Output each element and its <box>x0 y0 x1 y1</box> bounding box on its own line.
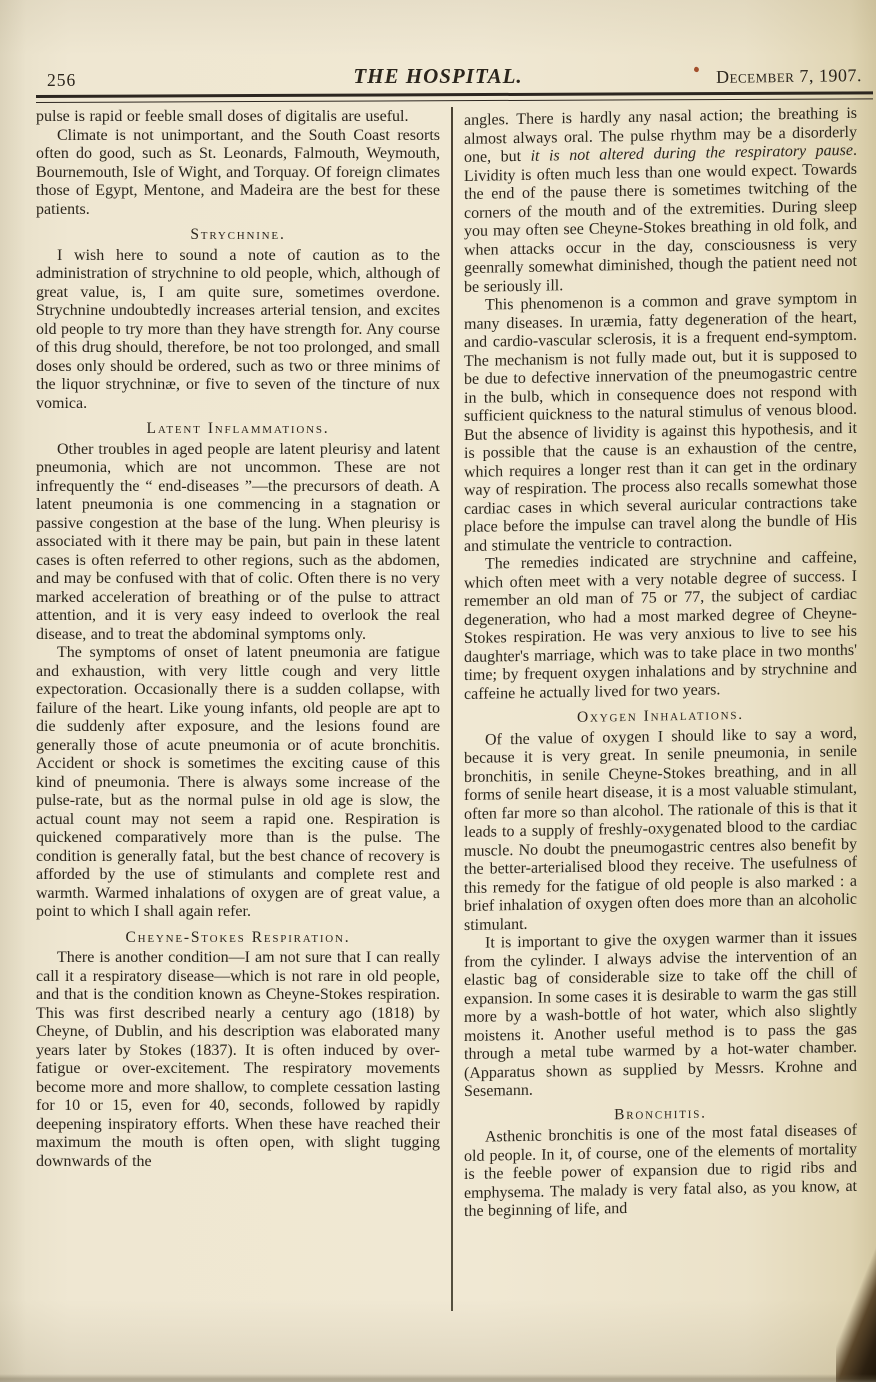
paragraph-asthenic-bronchitis: Asthenic bronchitis is one of the most f… <box>464 1122 857 1222</box>
section-heading-cheyne-stokes-respiration: Cheyne-Stokes Respiration. <box>36 929 440 948</box>
paragraph-remedies: The remedies indicated are strychnine an… <box>464 549 857 704</box>
scan-bottom-edge <box>0 1374 876 1382</box>
paragraph-digitalis: pulse is rapid or feeble small doses of … <box>36 108 440 127</box>
issue-date: December 7, 1907. <box>716 65 862 88</box>
page-corner-shadow <box>836 1247 876 1382</box>
paragraph-value-of-oxygen: Of the value of oxygen I should like to … <box>464 724 857 935</box>
paragraph-strychnine: I wish here to sound a note of caution a… <box>36 247 440 414</box>
section-heading-latent-inflammations: Latent Inflammations. <box>36 420 440 439</box>
header-rule-thick <box>36 91 873 97</box>
section-heading-strychnine: Strychnine. <box>36 226 440 245</box>
paragraph-warm-oxygen: It is important to give the oxygen warme… <box>464 928 857 1102</box>
scanned-page: 256 THE HOSPITAL. December 7, 1907. puls… <box>0 0 876 1382</box>
paragraph-symptoms-of-onset: The symptoms of onset of latent pneumoni… <box>36 644 440 922</box>
right-column: angles. There is hardly any nasal action… <box>464 105 857 1222</box>
left-column: pulse is rapid or feeble small doses of … <box>36 108 440 1171</box>
paragraph-climate: Climate is not unimportant, and the Sout… <box>36 127 440 220</box>
paragraph-phenomenon: This phenomenon is a common and grave sy… <box>464 290 857 556</box>
paragraph-angles: angles. There is hardly any nasal action… <box>464 105 857 297</box>
column-divider <box>451 107 453 1311</box>
paragraph-cheyne-stokes: There is another condition—I am not sure… <box>36 949 440 1171</box>
paragraph-latent-pneumonia: Other troubles in aged people are latent… <box>36 441 440 645</box>
header-rule-thin <box>36 98 873 103</box>
